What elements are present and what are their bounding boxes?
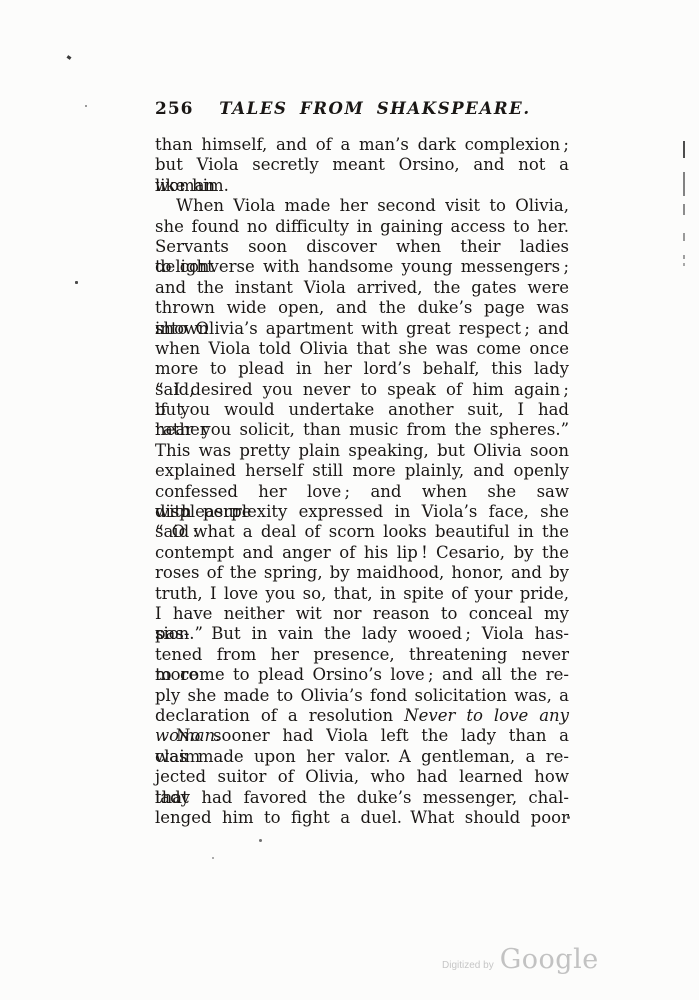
text-line: roses of the spring, by maidhood, honor,…: [155, 563, 569, 583]
scan-speck: [75, 281, 78, 284]
page-edge-mark: [683, 233, 685, 241]
text-line: contempt and anger of his lip ! Cesario,…: [155, 543, 569, 563]
text-line: lenged him to fight a duel. What should …: [155, 808, 569, 828]
google-logo: Google: [500, 944, 599, 975]
scan-speck: [259, 839, 262, 842]
text-line: explained herself still more plainly, an…: [155, 461, 569, 481]
text-line: jected suitor of Olivia, who had learned…: [155, 767, 569, 787]
text-line: lady had favored the duke’s messenger, c…: [155, 788, 569, 808]
text-line: When Viola made her second visit to Oliv…: [155, 196, 569, 216]
text-line: if you would undertake another suit, I h…: [155, 400, 569, 420]
page-header: 256 TALES FROM SHAKSPEARE.: [155, 99, 569, 121]
page-edge-mark: [683, 263, 685, 266]
text-line: ply she made to Olivia’s fond solicitati…: [155, 686, 569, 706]
scan-speck: [212, 857, 214, 859]
text-line: This was pretty plain speaking, but Oliv…: [155, 441, 569, 461]
page-content: 256 TALES FROM SHAKSPEARE. than himself,…: [155, 99, 569, 828]
paragraph: than himself, and of a man’s dark comple…: [155, 135, 569, 196]
text-line: when Viola told Olivia that she was come…: [155, 339, 569, 359]
scan-speck: [567, 816, 570, 819]
page-edge-mark: [683, 204, 685, 215]
text-line: tened from her presence, threatening nev…: [155, 645, 569, 665]
text-line: “ O what a deal of scorn looks beautiful…: [155, 522, 569, 542]
page-number: 256: [155, 99, 194, 119]
text-line: I have neither wit nor reason to conceal…: [155, 604, 569, 624]
page-edge-mark: [683, 255, 685, 259]
text-line: into Olivia’s apartment with great respe…: [155, 319, 569, 339]
text-line: Servants soon discover when their ladies…: [155, 237, 569, 257]
text-line: declaration of a resolution Never to lov…: [155, 706, 569, 726]
text-line: and the instant Viola arrived, the gates…: [155, 278, 569, 298]
running-title: TALES FROM SHAKSPEARE.: [155, 99, 569, 118]
page-edge-mark: [683, 172, 685, 196]
text-line: thrown wide open, and the duke’s page wa…: [155, 298, 569, 318]
page-edge-mark: [683, 141, 685, 158]
text-line: “ I desired you never to speak of him ag…: [155, 380, 569, 400]
text-line: sion.” But in vain the lady wooed ; Viol…: [155, 624, 569, 644]
text-line: truth, I love you so, that, in spite of …: [155, 584, 569, 604]
paragraph: When Viola made her second visit to Oliv…: [155, 196, 569, 726]
page-body: than himself, and of a man’s dark comple…: [155, 135, 569, 828]
text-line: No sooner had Viola left the lady than a…: [155, 726, 569, 746]
text-line: hear you solicit, than music from the sp…: [155, 420, 569, 440]
scan-speck: [85, 105, 87, 107]
digitized-by-google-watermark: Digitized by Google: [442, 944, 599, 975]
watermark-prefix: Digitized by: [442, 960, 494, 971]
text-line: more to plead in her lord’s behalf, this…: [155, 359, 569, 379]
text-line: she found no difficulty in gaining acces…: [155, 217, 569, 237]
text-line: confessed her love ; and when she saw di…: [155, 482, 569, 502]
scanned-book-page: 256 TALES FROM SHAKSPEARE. than himself,…: [0, 0, 699, 1000]
text-line: was made upon her valor. A gentleman, a …: [155, 747, 569, 767]
text-line: to come to plead Orsino’s love ; and all…: [155, 665, 569, 685]
text-line: but Viola secretly meant Orsino, and not…: [155, 155, 569, 175]
text-line: to converse with handsome young messenge…: [155, 257, 569, 277]
paragraph: No sooner had Viola left the lady than a…: [155, 726, 569, 828]
text-line: than himself, and of a man’s dark comple…: [155, 135, 569, 155]
text-line: like him.: [155, 176, 569, 196]
scan-speck: [67, 55, 72, 60]
text-line: with perplexity expressed in Viola’s fac…: [155, 502, 569, 522]
